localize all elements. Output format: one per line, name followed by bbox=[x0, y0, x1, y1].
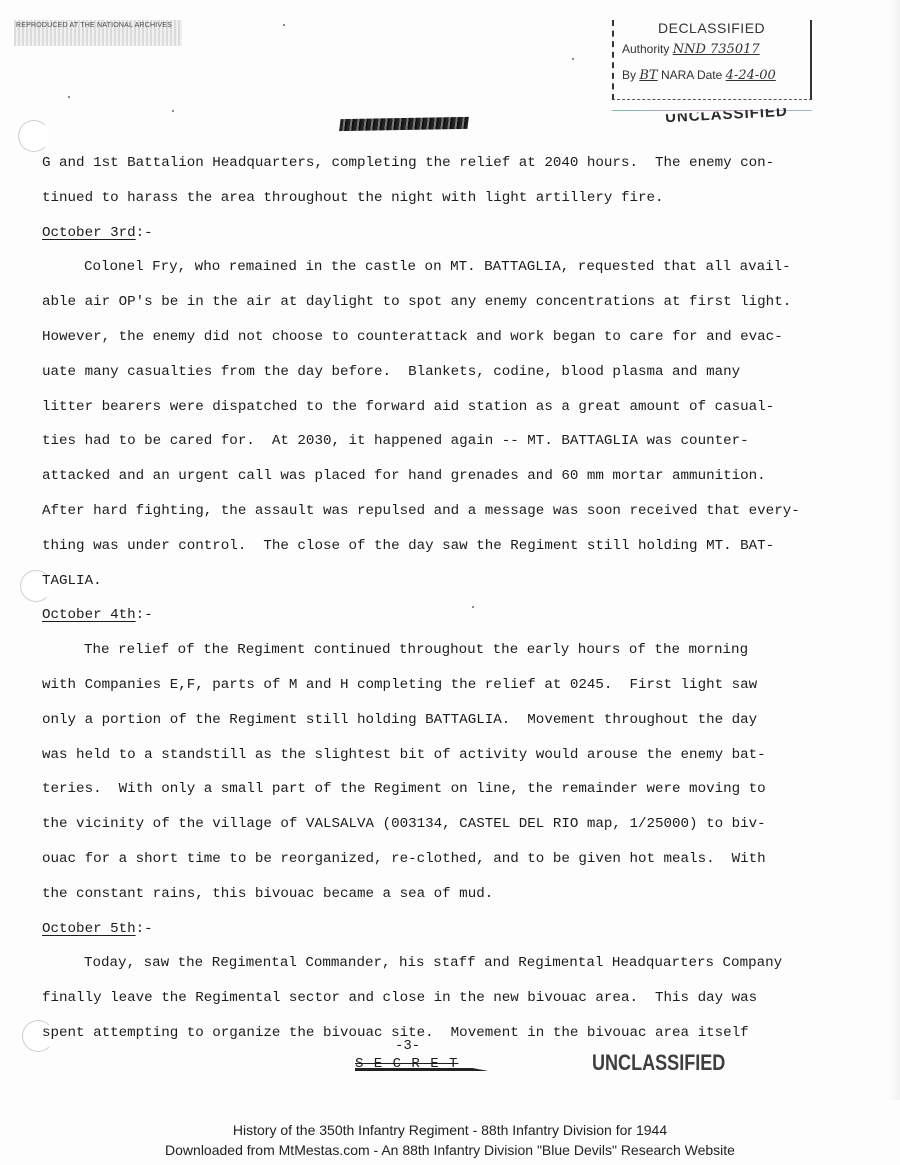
text-line: ties had to be cared for. At 2030, it ha… bbox=[42, 424, 862, 459]
text-line: only a portion of the Regiment still hol… bbox=[42, 703, 862, 738]
text-line: uate many casualties from the day before… bbox=[42, 355, 862, 390]
by-label: By bbox=[622, 68, 636, 82]
text-line: spent attempting to organize the bivouac… bbox=[42, 1016, 862, 1051]
text-line: the vicinity of the village of VALSALVA … bbox=[42, 807, 862, 842]
text-line: thing was under control. The close of th… bbox=[42, 529, 862, 564]
text-line: teries. With only a small part of the Re… bbox=[42, 772, 862, 807]
speck bbox=[68, 96, 70, 98]
declassified-title: DECLASSIFIED bbox=[658, 20, 765, 36]
section-heading-october-3rd: October 3rd:- bbox=[42, 216, 862, 251]
paragraph-start-line: Colonel Fry, who remained in the castle … bbox=[42, 250, 862, 285]
text-line: able air OP's be in the air at daylight … bbox=[42, 285, 862, 320]
nara-date-value: 4-24-00 bbox=[726, 68, 776, 83]
date-heading: October 4th bbox=[42, 598, 136, 633]
heading-suffix: :- bbox=[136, 225, 153, 241]
footer-source: Downloaded from MtMestas.com - An 88th I… bbox=[0, 1140, 900, 1160]
by-row: By BT NARA Date 4-24-00 bbox=[622, 68, 776, 83]
document-page: REPRODUCED AT THE NATIONAL ARCHIVES DECL… bbox=[0, 0, 900, 1165]
redacted-classification-marking bbox=[339, 117, 469, 131]
by-value: BT bbox=[639, 68, 657, 83]
text-line: tinued to harass the area throughout the… bbox=[42, 181, 862, 216]
heading-suffix: :- bbox=[136, 921, 153, 937]
paragraph-start-line: The relief of the Regiment continued thr… bbox=[42, 633, 862, 668]
text-line: ouac for a short time to be reorganized,… bbox=[42, 842, 862, 877]
text-line: However, the enemy did not choose to cou… bbox=[42, 320, 862, 355]
text-line: litter bearers were dispatched to the fo… bbox=[42, 390, 862, 425]
text-line: was held to a standstill as the slightes… bbox=[42, 738, 862, 773]
section-heading-october-5th: October 5th:- bbox=[42, 912, 862, 947]
date-heading: October 5th bbox=[42, 912, 136, 947]
struck-classification-marking: S E C R E T bbox=[355, 1056, 458, 1072]
text-line: attacked and an urgent call was placed f… bbox=[42, 459, 862, 494]
text-line: with Companies E,F, parts of M and H com… bbox=[42, 668, 862, 703]
archives-stamp: REPRODUCED AT THE NATIONAL ARCHIVES bbox=[14, 20, 182, 46]
date-heading: October 3rd bbox=[42, 216, 136, 251]
footer-title: History of the 350th Infantry Regiment -… bbox=[0, 1120, 900, 1140]
declassified-stamp: DECLASSIFIED Authority NND 735017 By BT … bbox=[612, 20, 812, 100]
speck bbox=[572, 58, 574, 60]
authority-value: NND 735017 bbox=[673, 42, 760, 57]
text-line: finally leave the Regimental sector and … bbox=[42, 981, 862, 1016]
paragraph-start-line: Today, saw the Regimental Commander, his… bbox=[42, 946, 862, 981]
text-line: After hard fighting, the assault was rep… bbox=[42, 494, 862, 529]
nara-date-label: NARA Date bbox=[661, 68, 722, 82]
unclassified-stamp-top: UNCLASSIFIED bbox=[665, 103, 789, 126]
authority-label: Authority bbox=[622, 42, 669, 56]
text-line: G and 1st Battalion Headquarters, comple… bbox=[42, 146, 862, 181]
text-line: TAGLIA. bbox=[42, 564, 862, 599]
heading-suffix: :- bbox=[136, 607, 153, 623]
speck bbox=[172, 110, 174, 112]
footer: History of the 350th Infantry Regiment -… bbox=[0, 1120, 900, 1160]
document-body: G and 1st Battalion Headquarters, comple… bbox=[42, 146, 862, 1051]
section-heading-october-4th: October 4th:- bbox=[42, 598, 862, 633]
text-line: the constant rains, this bivouac became … bbox=[42, 877, 862, 912]
page-number: -3- bbox=[395, 1038, 420, 1054]
page-edge-shadow bbox=[886, 0, 900, 1100]
authority-row: Authority NND 735017 bbox=[622, 42, 760, 57]
unclassified-stamp-bottom: UNCLASSIFIED bbox=[592, 1050, 725, 1076]
speck bbox=[283, 24, 285, 26]
